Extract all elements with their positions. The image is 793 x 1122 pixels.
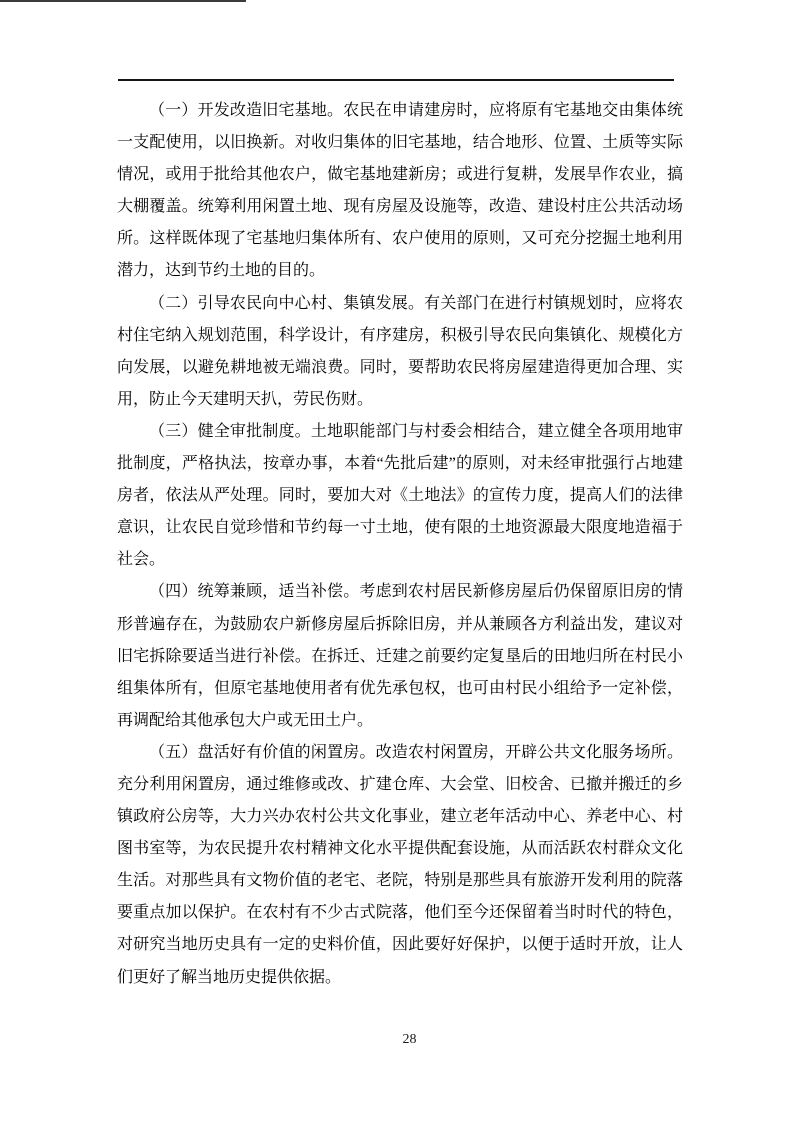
scan-artifact-line xyxy=(0,0,246,2)
paragraph-2: （二）引导农民向中心村、集镇发展。有关部门在进行村镇规划时，应将农村住宅纳入规划… xyxy=(117,288,683,416)
paragraph-3: （三）健全审批制度。土地职能部门与村委会相结合，建立健全各项用地审批制度，严格执… xyxy=(117,416,683,576)
paragraph-1: （一）开发改造旧宅基地。农民在申请建房时，应将原有宅基地交由集体统一支配使用，以… xyxy=(117,95,683,288)
page-footer: 28 xyxy=(0,1031,793,1049)
document-page: （一）开发改造旧宅基地。农民在申请建房时，应将原有宅基地交由集体统一支配使用，以… xyxy=(0,0,793,1122)
paragraph-4: （四）统筹兼顾，适当补偿。考虑到农村居民新修房屋后仍保留原旧房的情形普遍存在，为… xyxy=(117,576,683,736)
document-body: （一）开发改造旧宅基地。农民在申请建房时，应将原有宅基地交由集体统一支配使用，以… xyxy=(117,95,683,994)
header-rule xyxy=(118,79,674,81)
paragraph-5: （五）盘活好有价值的闲置房。改造农村闲置房，开辟公共文化服务场所。充分利用闲置房… xyxy=(117,737,683,994)
page-number: 28 xyxy=(403,1032,417,1047)
